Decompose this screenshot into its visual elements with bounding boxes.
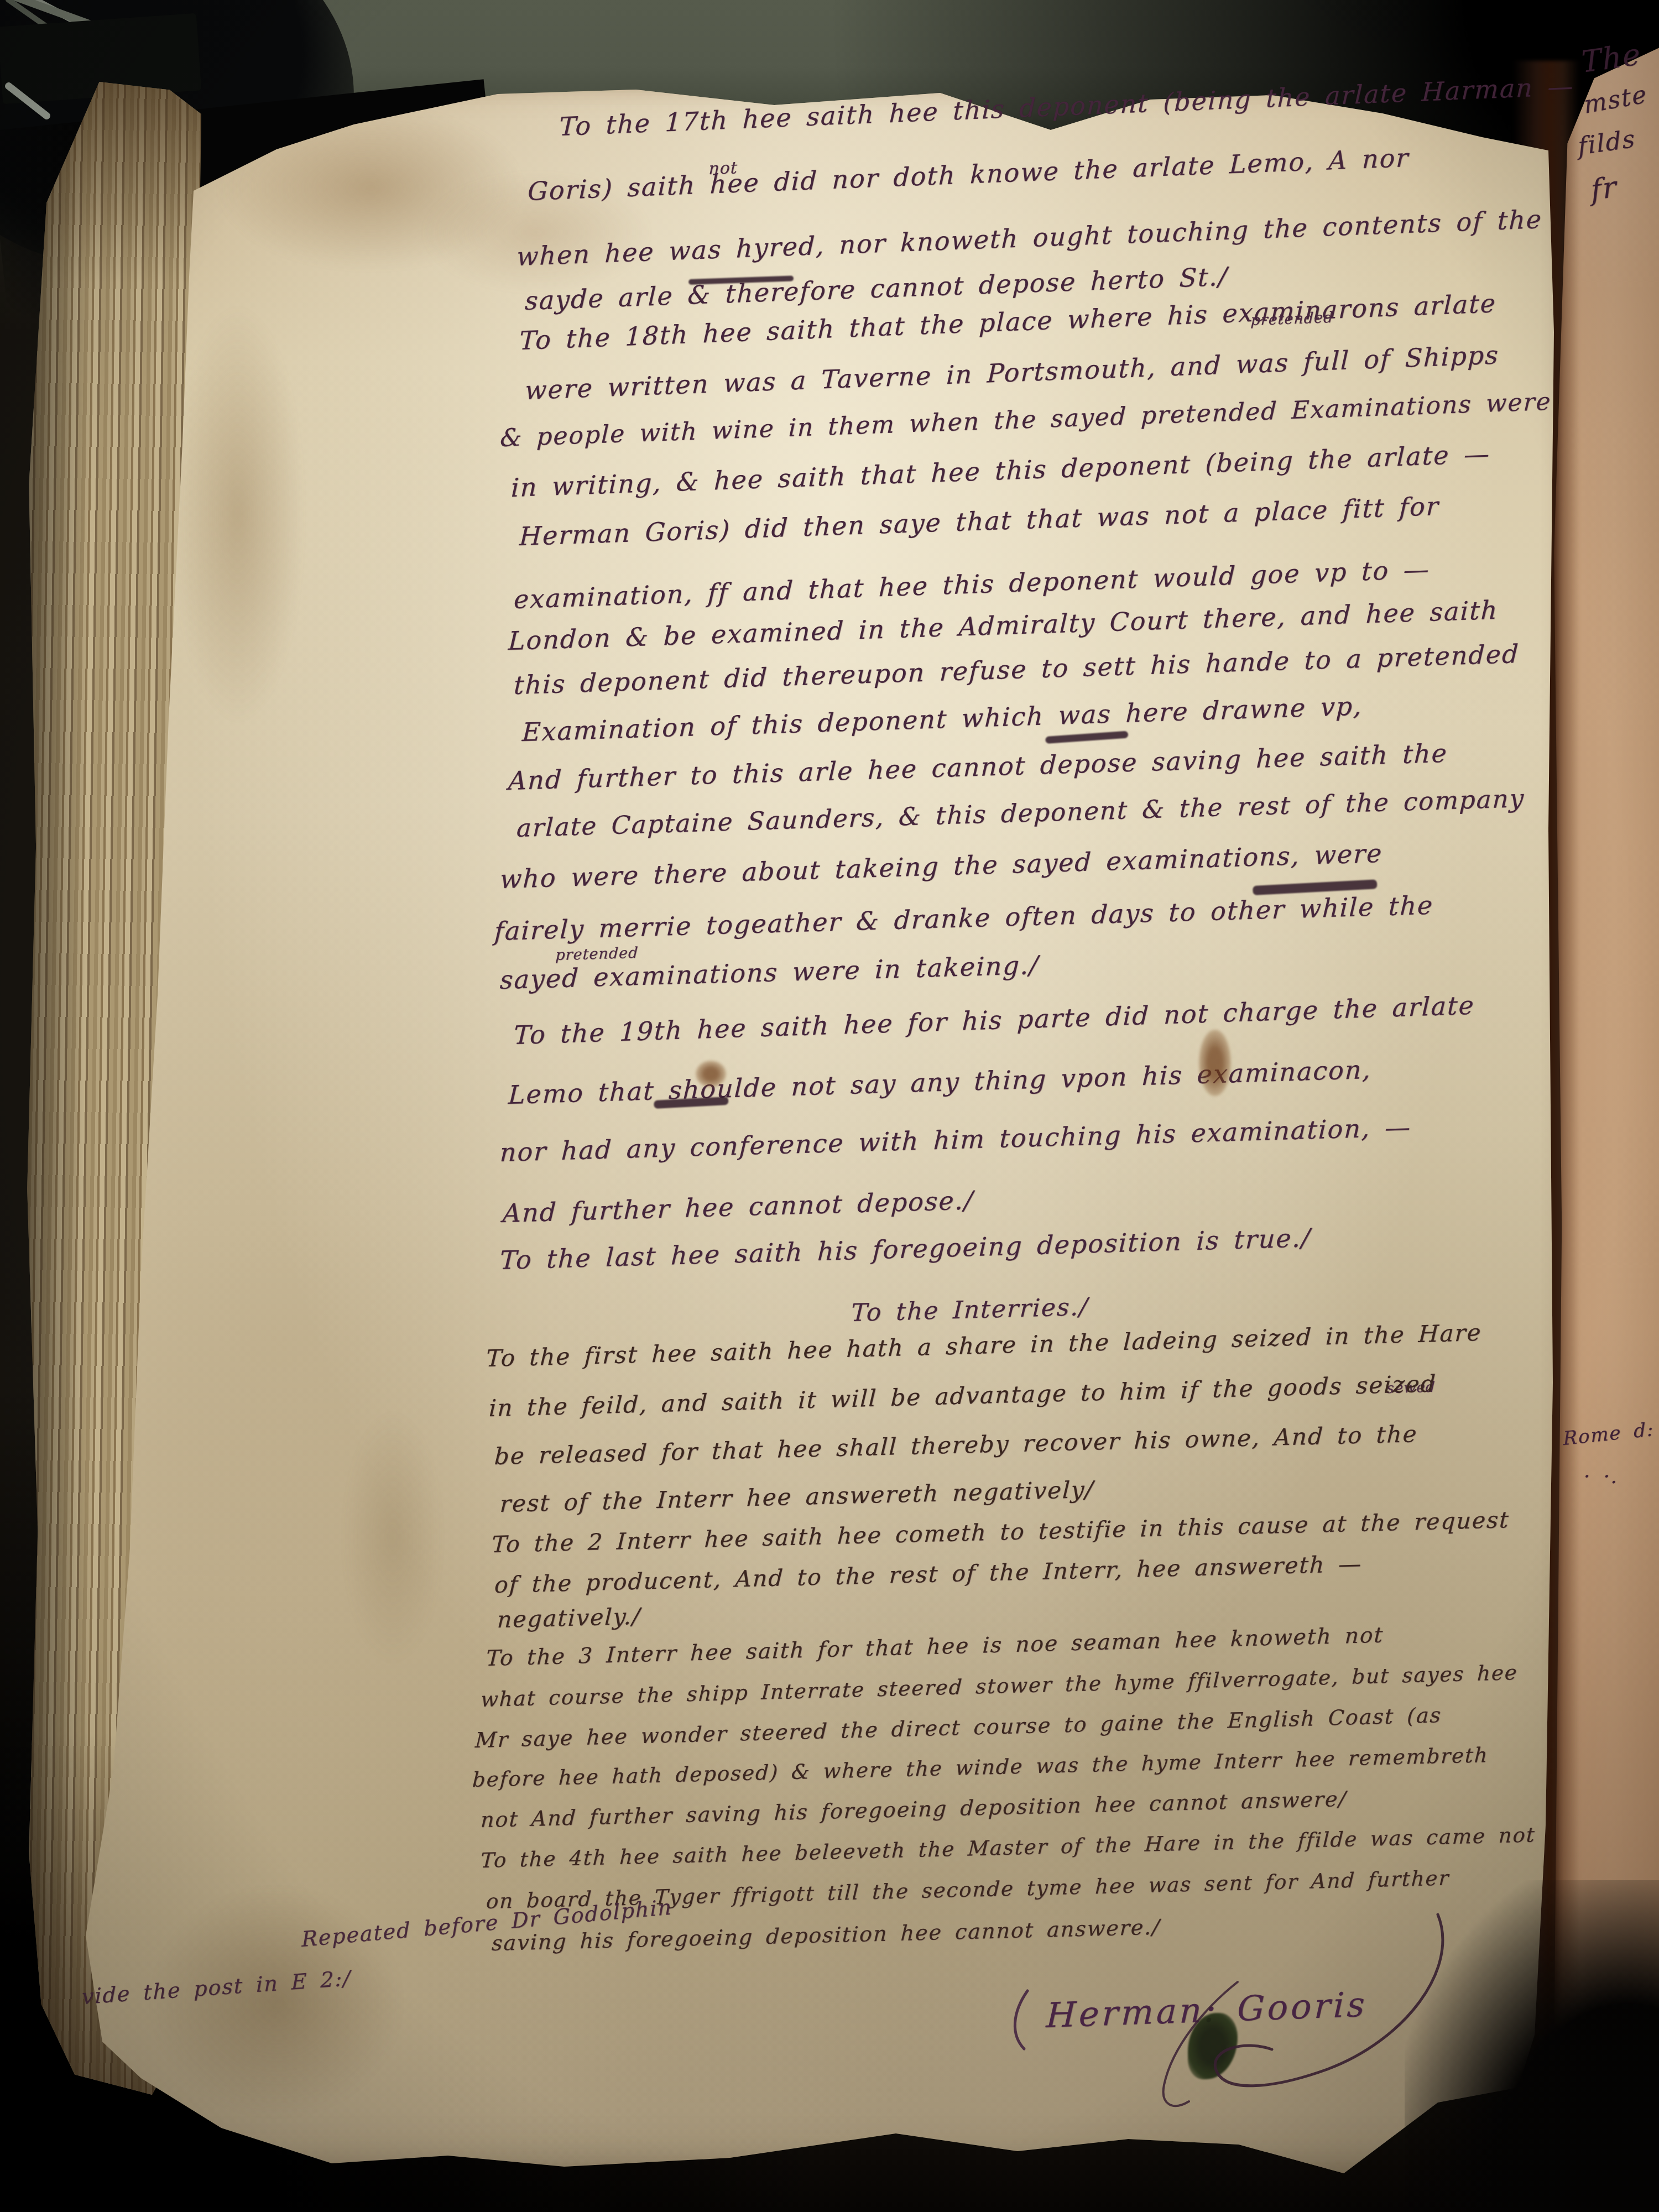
manuscript-line: To the Interries./: [851, 1295, 1089, 1326]
interlinear-insertion: not: [708, 159, 738, 178]
interlinear-insertion: pretended: [555, 946, 639, 964]
paper-stain: [149, 1886, 404, 2118]
paper-stain: [343, 1410, 442, 1665]
paper-stain: [171, 304, 304, 724]
interlinear-insertion: pretended: [1250, 310, 1334, 329]
page-curl-shadow: [1405, 1880, 1659, 2212]
manuscript-photo-stage: To the 17th hee saith hee this deponent …: [0, 0, 1659, 2212]
ink-blot: [1199, 1030, 1231, 1096]
adjacent-page-text-fragment: fr: [1590, 172, 1618, 206]
ink-blot: [696, 1061, 726, 1087]
manuscript-line: negatively./: [497, 1605, 641, 1632]
adjacent-page-text-fragment: · ·.: [1583, 1467, 1619, 1488]
adjacent-page-text-fragment: The: [1580, 39, 1642, 79]
